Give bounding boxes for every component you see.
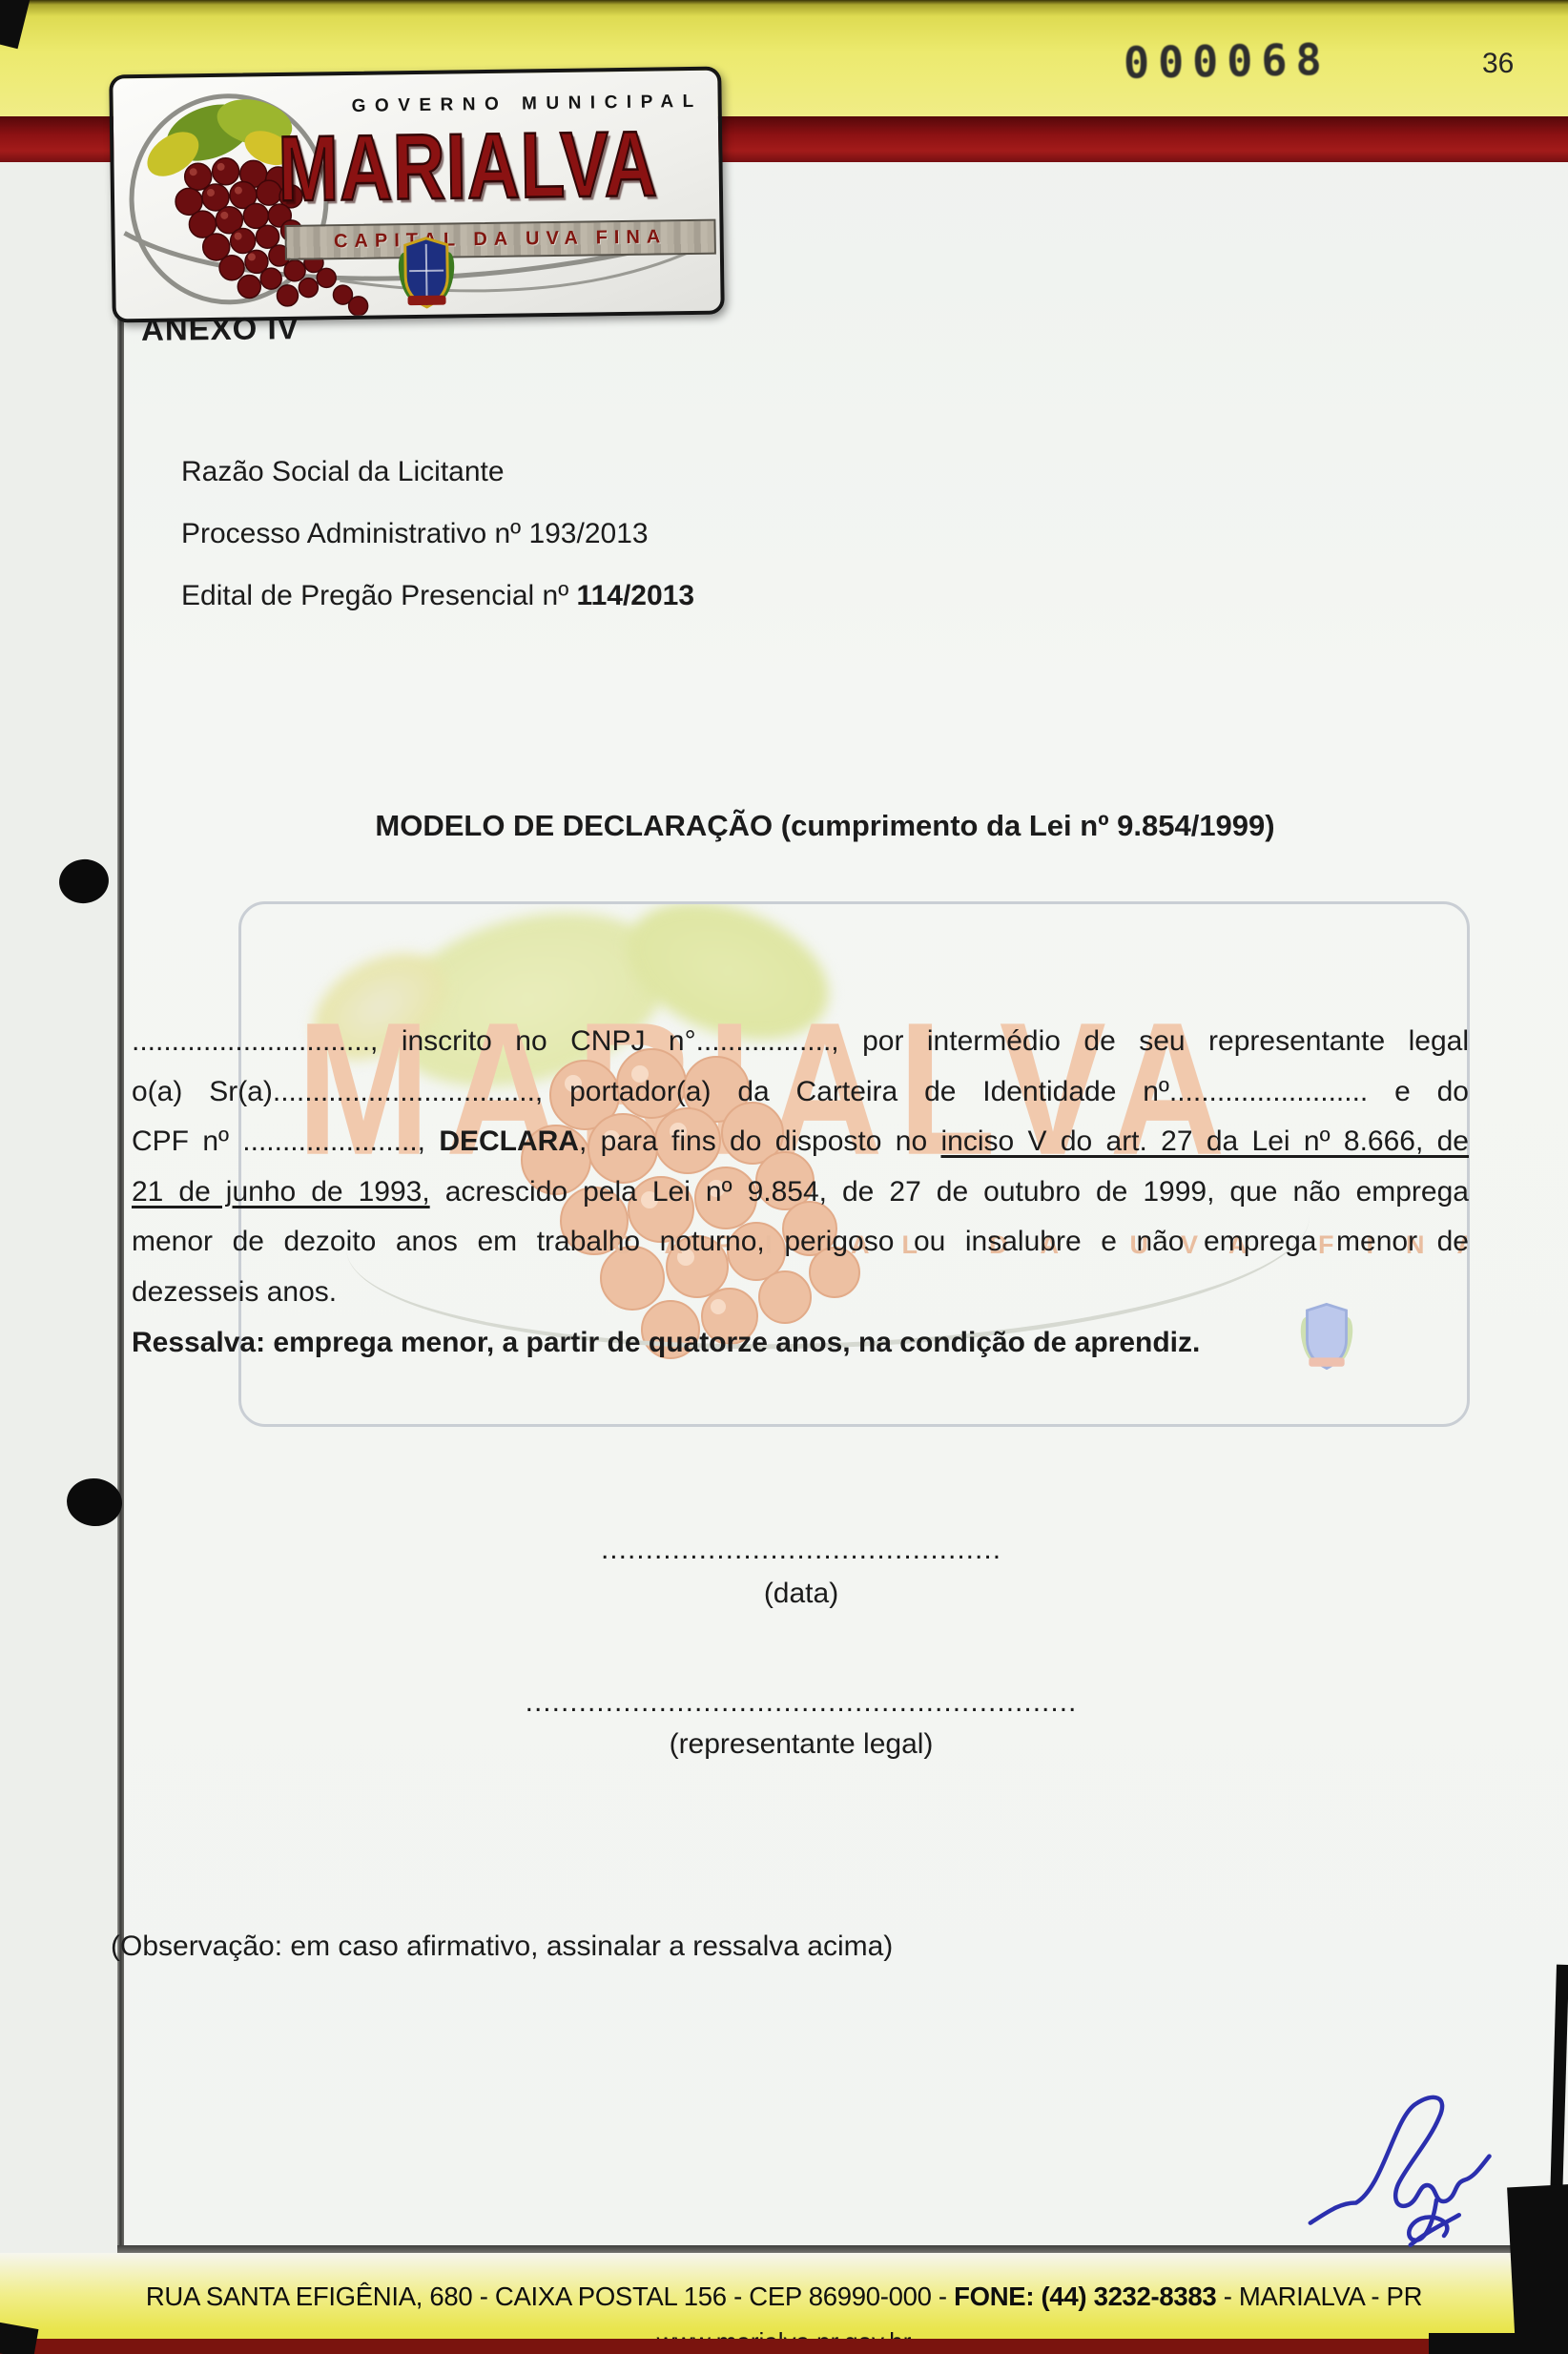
signature-scribble (1289, 2059, 1518, 2271)
logo-tagline-text: CAPITAL DA UVA FINA (334, 226, 668, 253)
date-label: (data) (534, 1578, 1068, 1610)
text-line: dezesseis anos. (132, 1268, 1469, 1318)
scanned-document-page: 000068 36 GOVERNO MUNICIPAL (0, 0, 1568, 2354)
text-line: RUA SANTA EFIGÊNIA, 680 - CAIXA POSTAL 1… (146, 2282, 1422, 2311)
footer-red-strip (0, 2339, 1568, 2354)
page-stamp-number: 000068 (1124, 34, 1331, 89)
representative-dotted-line: ........................................… (486, 1686, 1116, 1719)
logo-tagline-banner: CAPITAL DA UVA FINA (284, 219, 715, 260)
text-line: Ressalva: emprega menor, a partir de qua… (132, 1318, 1469, 1369)
text-line: Edital de Pregão Presencial nº 114/2013 (181, 565, 1040, 627)
text-line: menor de dezoito anos em trabalho noturn… (132, 1217, 1469, 1268)
text-line: Razão Social da Licitante (181, 441, 1040, 503)
left-margin-strip (0, 162, 117, 2253)
declaration-paragraph: .............................., inscrito… (132, 1017, 1469, 1368)
observation-note: (Observação: em caso afirmativo, assinal… (111, 1931, 893, 1963)
coat-of-arms-icon (398, 234, 456, 311)
date-signature-area: ........................................… (534, 1534, 1068, 1610)
text-line: 21 de junho de 1993, acrescido pela Lei … (132, 1167, 1469, 1218)
text-line: CPF nº ......................, DECLARA, … (132, 1117, 1469, 1167)
scan-edge-artifact (1507, 2184, 1568, 2354)
text-line: o(a) Sr(a)..............................… (132, 1067, 1469, 1118)
marialva-logo: GOVERNO MUNICIPAL MARIALVA CAPITAL DA UV… (109, 67, 725, 323)
document-title: MODELO DE DECLARAÇÃO (cumprimento da Lei… (143, 809, 1507, 843)
text-line: Processo Administrativo nº 193/2013 (181, 503, 1040, 565)
representative-signature-area: ........................................… (486, 1686, 1116, 1761)
representative-label: (representante legal) (486, 1728, 1116, 1761)
document-header-lines: Razão Social da LicitanteProcesso Admini… (181, 441, 1040, 627)
footer-address: RUA SANTA EFIGÊNIA, 680 - CAIXA POSTAL 1… (0, 2282, 1568, 2312)
text-line: .............................., inscrito… (132, 1017, 1469, 1067)
sheet-number: 36 (1482, 48, 1514, 80)
scan-edge-artifact (1429, 2333, 1568, 2354)
date-dotted-line: ........................................… (534, 1534, 1068, 1566)
logo-name-text: MARIALVA (278, 111, 658, 222)
